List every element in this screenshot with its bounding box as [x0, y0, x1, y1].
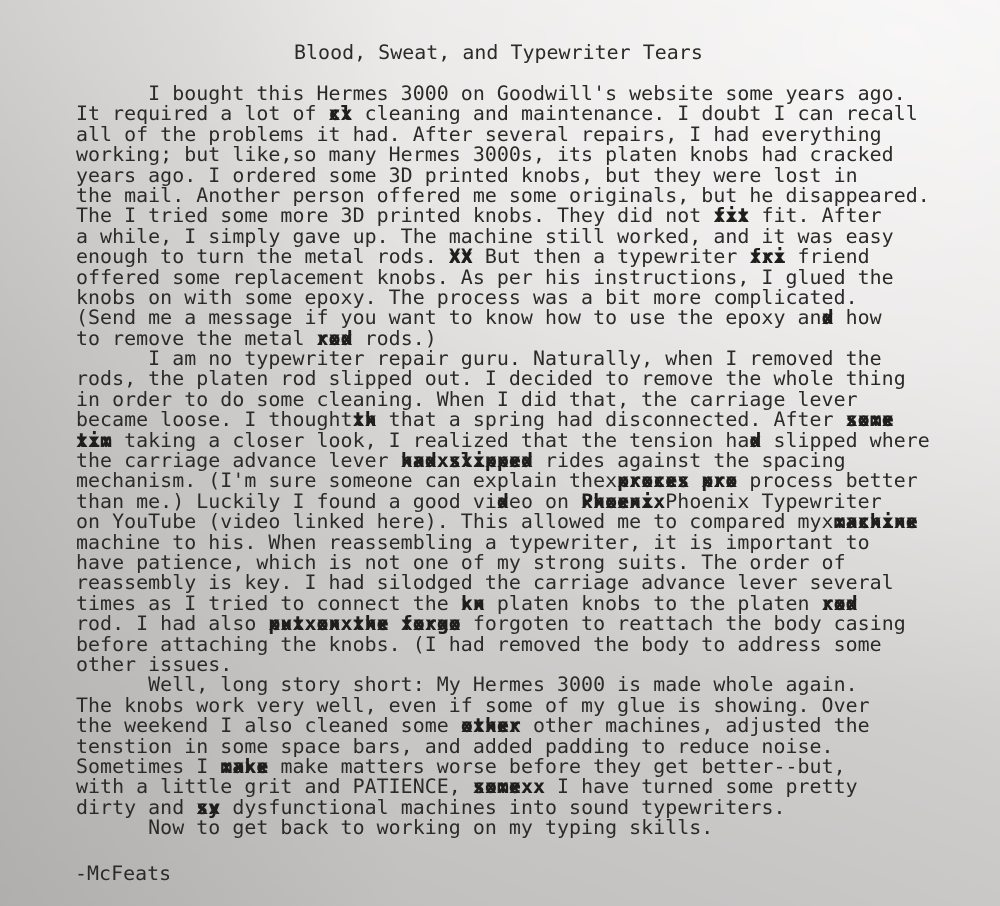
struck-out-text: other	[461, 716, 521, 736]
struck-out-text: machine	[834, 512, 918, 532]
typewritten-page: Blood, Sweat, and Typewriter Tears I bou…	[0, 0, 1000, 906]
struck-out-text: forgo	[401, 614, 461, 634]
text-line: machine to his. When reassembling a type…	[76, 533, 930, 553]
struck-out-text: pro	[701, 471, 737, 491]
text-line: other issues.	[76, 655, 930, 675]
text-line: before attaching the knobs. (I had remov…	[76, 635, 930, 655]
text-line: the weekend I also cleaned some other ot…	[76, 716, 930, 736]
struck-out-text: make	[220, 757, 268, 777]
text-line: enough to turn the metal rods. XX But th…	[76, 247, 930, 267]
text-line: offered some replacement knobs. As per h…	[76, 268, 930, 288]
text-line: all of the problems it had. After severa…	[76, 125, 930, 145]
struck-out-text: hadxslipped	[401, 451, 533, 471]
struck-out-text: d	[822, 308, 834, 328]
text-line: The I tried some more 3D printed knobs. …	[76, 206, 930, 226]
text-line: times as I tried to connect the kn plate…	[76, 594, 930, 614]
struck-out-text: XX	[449, 247, 473, 267]
text-line: dirty and sy dysfunctional machines into…	[76, 798, 930, 818]
struck-out-text: tim	[76, 431, 112, 451]
text-line: tim taking a closer look, I realized tha…	[76, 431, 930, 451]
struck-out-text: fri	[749, 247, 785, 267]
struck-out-text: d	[749, 431, 761, 451]
text-line: mechanism. (I'm sure someone can explain…	[76, 471, 930, 491]
text-line: became loose. I thoughtth that a spring …	[76, 410, 930, 430]
text-line: working; but like,so many Hermes 3000s, …	[76, 145, 930, 165]
text-line: than me.) Luckily I found a good video o…	[76, 492, 930, 512]
text-line: (Send me a message if you want to know h…	[76, 308, 930, 328]
text-line: tenstion in some space bars, and added p…	[76, 737, 930, 757]
struck-out-text: rod	[822, 594, 858, 614]
text-line: in order to do some cleaning. When I did…	[76, 390, 930, 410]
text-line: rods, the platen rod slipped out. I deci…	[76, 369, 930, 389]
line-text: how	[834, 306, 882, 329]
struck-out-text: kn	[461, 594, 485, 614]
struck-out-text: th	[353, 410, 377, 430]
text-line: with a little grit and PATIENCE, somexx …	[76, 777, 930, 797]
struck-out-text: Phoenix	[581, 492, 665, 512]
text-line: rod. I had also putxonxthe forgo forgote…	[76, 614, 930, 634]
struck-out-text: fit	[713, 206, 749, 226]
text-line: the carriage advance lever hadxslipped r…	[76, 451, 930, 471]
signature: -McFeats	[75, 862, 171, 886]
text-line: I bought this Hermes 3000 on Goodwill's …	[76, 84, 930, 104]
text-line: It required a lot of cl cleaning and mai…	[76, 104, 930, 124]
text-line: a while, I simply gave up. The machine s…	[76, 227, 930, 247]
page-title: Blood, Sweat, and Typewriter Tears	[294, 41, 703, 65]
text-line: to remove the metal rod rods.)	[76, 329, 930, 349]
struck-out-text: somexx	[473, 777, 545, 797]
struck-out-text: some	[846, 410, 894, 430]
text-line: Now to get back to working on my typing …	[76, 818, 930, 838]
struck-out-text: cl	[329, 104, 353, 124]
struck-out-text: sy	[196, 798, 220, 818]
body-text: I bought this Hermes 3000 on Goodwill's …	[76, 84, 930, 838]
text-line: I am no typewriter repair guru. Naturall…	[76, 349, 930, 369]
struck-out-text: d	[497, 492, 509, 512]
text-line: reassembly is key. I had silodged the ca…	[76, 573, 930, 593]
text-line: knobs on with some epoxy. The process wa…	[76, 288, 930, 308]
struck-out-text: proces	[617, 471, 689, 491]
text-line: Well, long story short: My Hermes 3000 i…	[76, 675, 930, 695]
text-line: The knobs work very well, even if some o…	[76, 696, 930, 716]
struck-out-text: putxonxthe	[268, 614, 388, 634]
text-line: Sometimes I make make matters worse befo…	[76, 757, 930, 777]
text-line: have patience, which is not one of my st…	[76, 553, 930, 573]
text-line: the mail. Another person offered me some…	[76, 186, 930, 206]
text-line: on YouTube (video linked here). This all…	[76, 512, 930, 532]
struck-out-text: rod	[317, 329, 353, 349]
line-text: Now to get back to working on my typing …	[76, 816, 713, 839]
text-line: years ago. I ordered some 3D printed kno…	[76, 166, 930, 186]
